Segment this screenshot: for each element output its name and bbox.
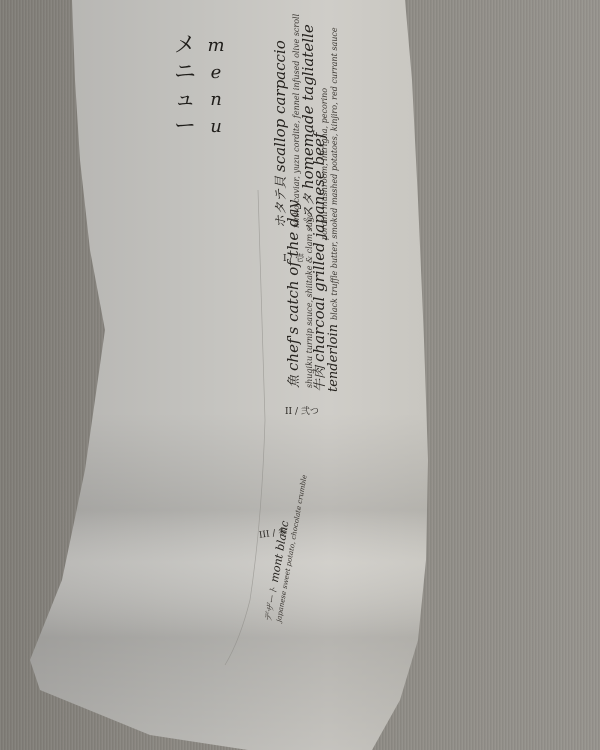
dish-name-en: tenderloin — [326, 324, 341, 392]
course-2-label: II / 弐つ — [285, 404, 319, 417]
title-jp-char: ュ — [170, 86, 200, 113]
title-en-char: n — [206, 86, 226, 113]
title-en-char: m — [206, 32, 226, 59]
title-jp-char: ー — [170, 113, 200, 140]
title-jp-char: ニ — [170, 59, 200, 86]
menu-paper: メ ニ ュ ー m e n u ホタテ貝 scallop carpaccio n… — [0, 0, 600, 750]
title-jp-char: メ — [170, 32, 200, 59]
title-en-char: e — [206, 59, 226, 86]
title-english: m e n u — [206, 32, 226, 140]
title-japanese: メ ニ ュ ー — [170, 32, 200, 140]
dish-description: black truffle butter, smoked mashed pota… — [330, 27, 339, 320]
course-2-dish-3: tenderloin black truffle butter, smoked … — [324, 27, 342, 392]
title-en-char: u — [206, 113, 226, 140]
